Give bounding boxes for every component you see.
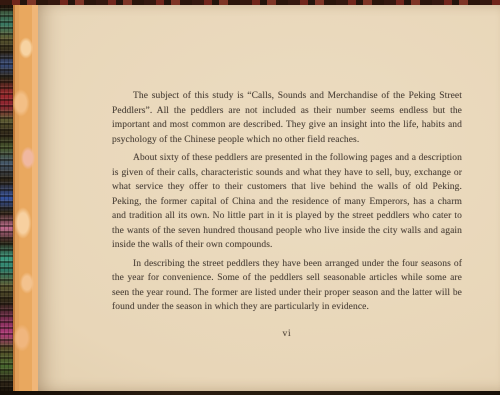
- book-top-edge: [0, 0, 500, 5]
- page-deckle-edge: [13, 3, 38, 392]
- book-bottom-edge: [0, 391, 500, 395]
- page-number: vi: [112, 327, 462, 342]
- book-page: The subject of this study is “Calls, Sou…: [38, 4, 500, 392]
- book-spine-brocade: [0, 0, 13, 395]
- book-scan: The subject of this study is “Calls, Sou…: [0, 0, 500, 395]
- preface-paragraph-3: In describing the street peddlers they h…: [112, 257, 462, 315]
- preface-paragraph-1: The subject of this study is “Calls, Sou…: [112, 89, 462, 147]
- preface-paragraph-2: About sixty of these peddlers are presen…: [112, 151, 462, 253]
- page-text-block: The subject of this study is “Calls, Sou…: [112, 89, 462, 341]
